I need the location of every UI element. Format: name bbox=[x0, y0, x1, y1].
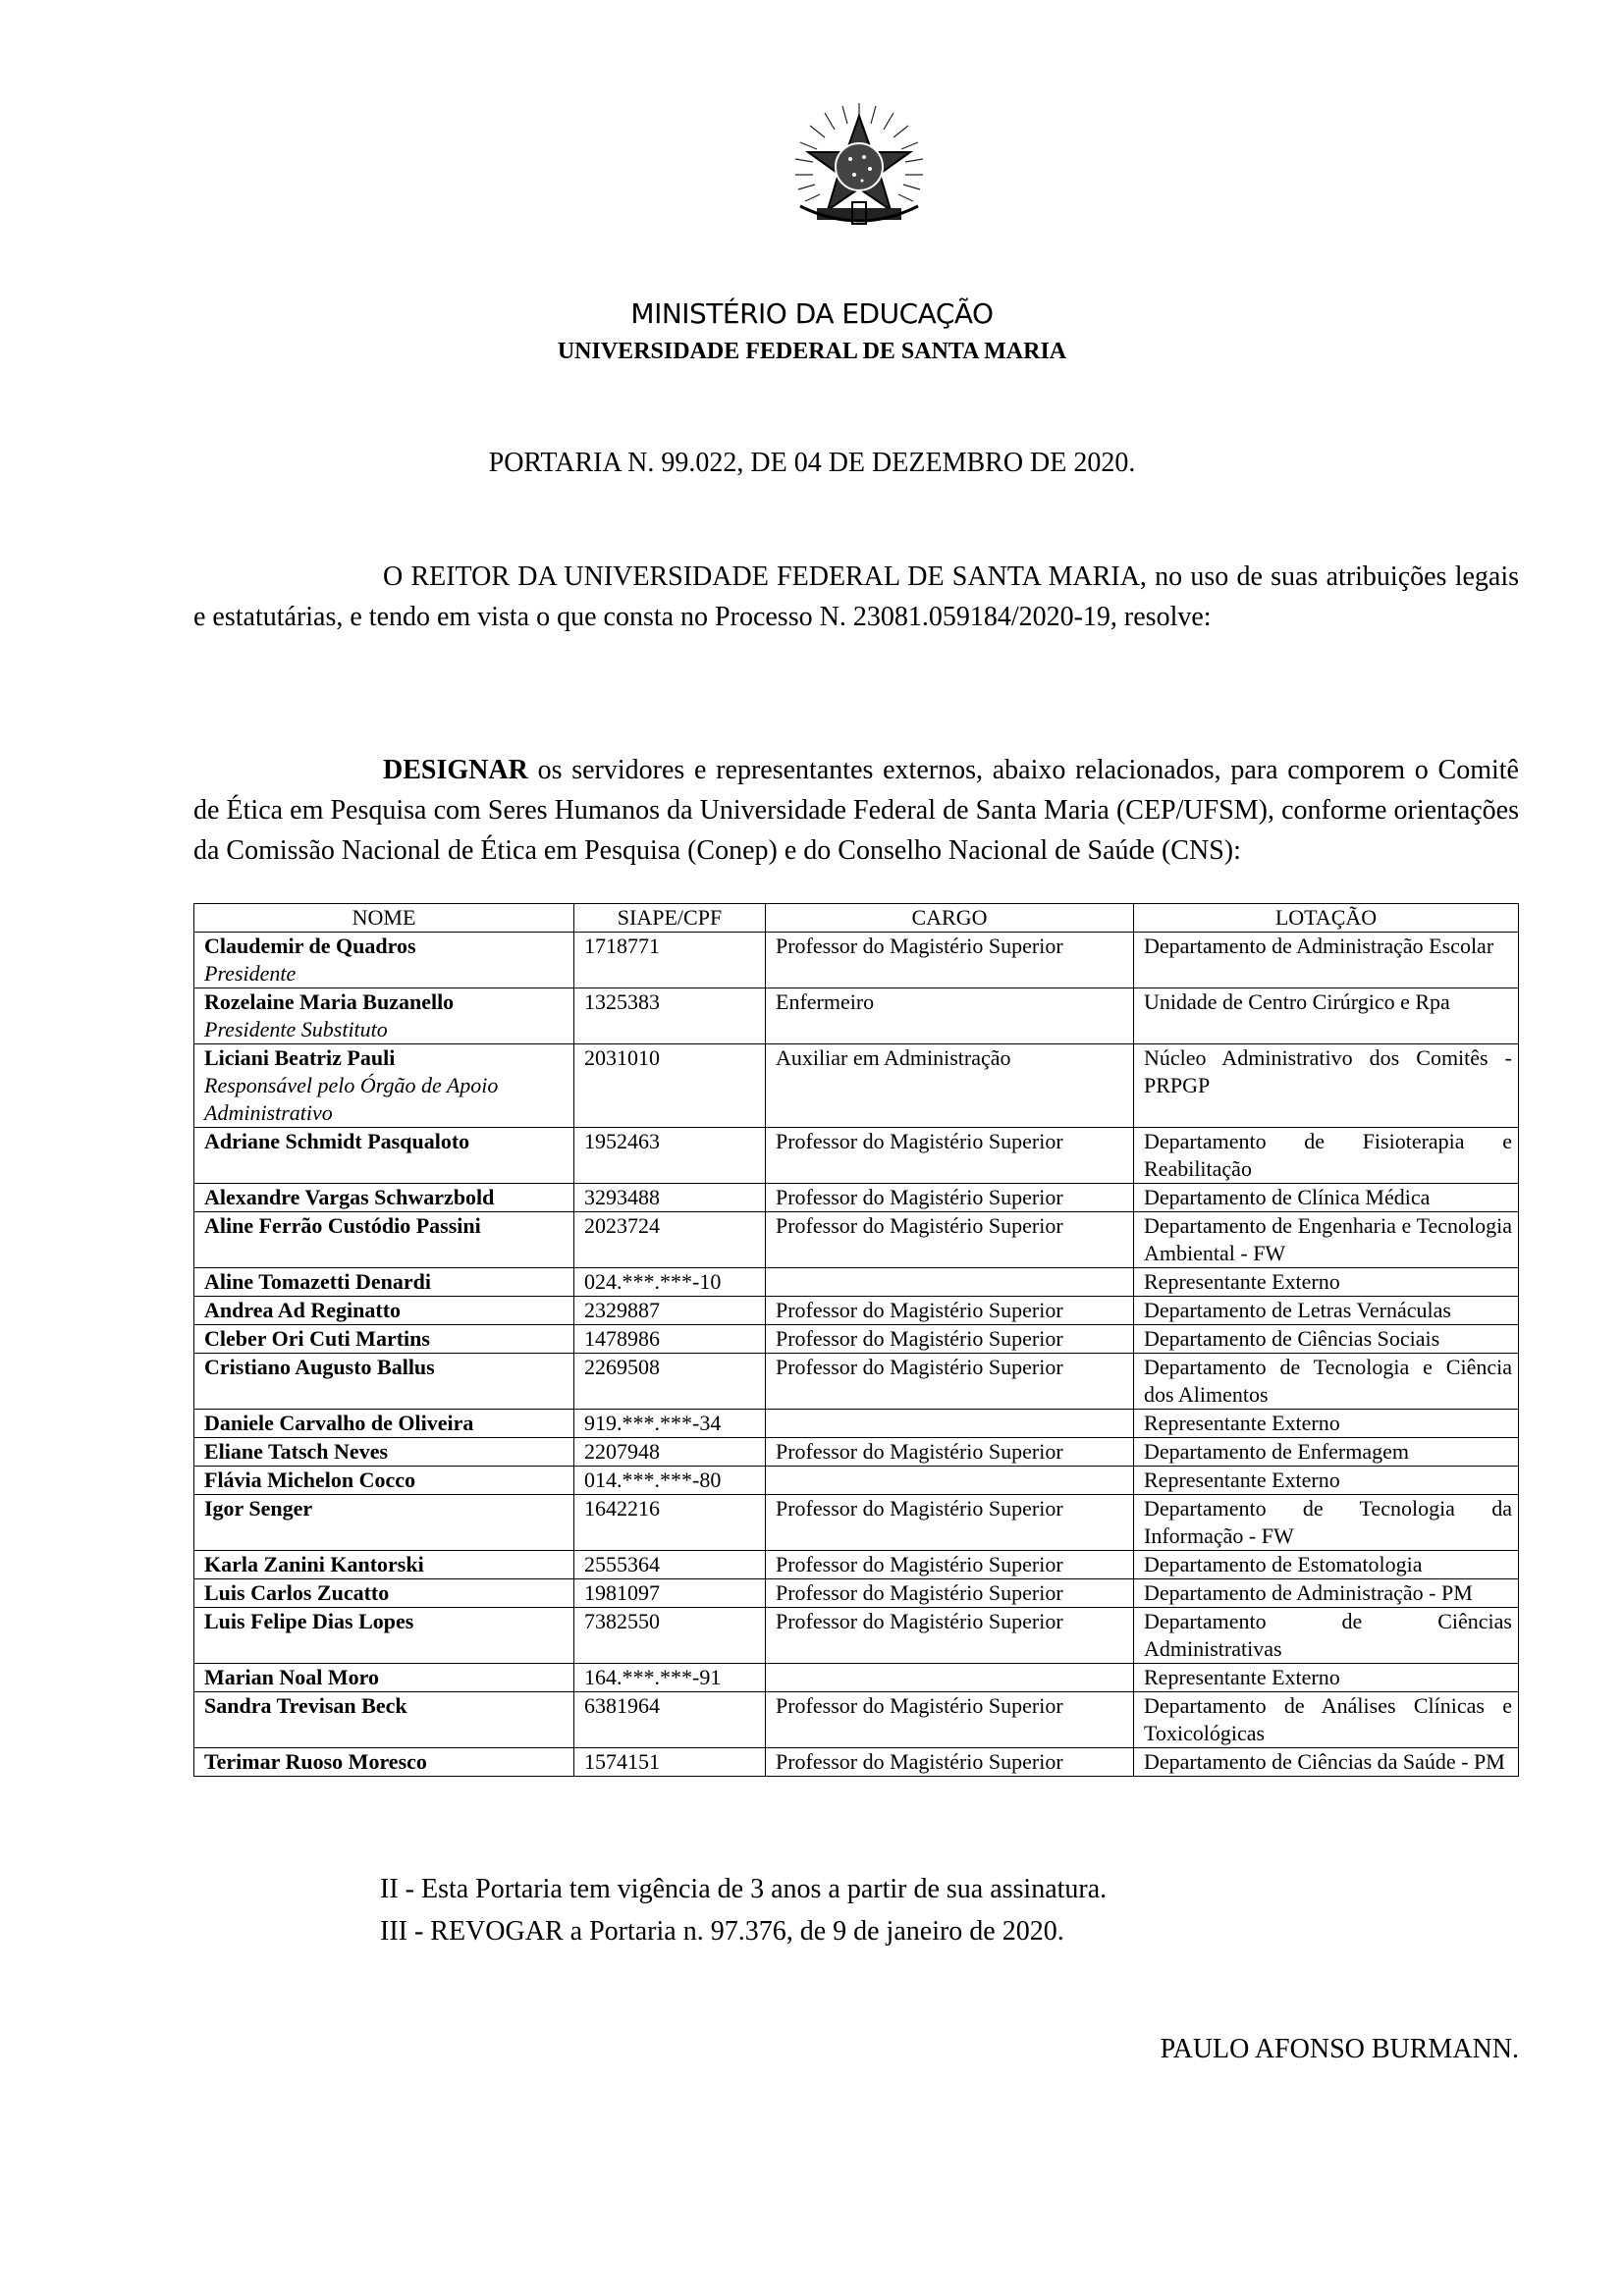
member-lotacao: Departamento de Estomatologia bbox=[1144, 1552, 1422, 1576]
member-lotacao: Departamento de Ciências da Saúde - PM bbox=[1144, 1749, 1505, 1774]
cell-nome: Alexandre Vargas Schwarzbold bbox=[194, 1184, 574, 1212]
portaria-title: PORTARIA N. 99.022, DE 04 DE DEZEMBRO DE… bbox=[0, 448, 1624, 479]
member-lotacao: Representante Externo bbox=[1144, 1269, 1340, 1294]
member-id: 1952463 bbox=[584, 1129, 660, 1153]
cell-nome: Daniele Carvalho de Oliveira bbox=[194, 1410, 574, 1438]
table-row: Adriane Schmidt Pasqualoto1952463Profess… bbox=[194, 1128, 1519, 1184]
ministry-heading: MINISTÉRIO DA EDUCAÇÃO bbox=[0, 297, 1624, 330]
member-id: 919.***.***-34 bbox=[584, 1411, 721, 1435]
cell-siape-cpf: 1642216 bbox=[574, 1495, 766, 1551]
member-cargo: Professor do Magistério Superior bbox=[776, 1580, 1063, 1605]
member-cargo: Enfermeiro bbox=[776, 989, 874, 1014]
cell-cargo bbox=[766, 1664, 1134, 1692]
member-cargo: Professor do Magistério Superior bbox=[776, 1298, 1063, 1322]
cell-siape-cpf: 7382550 bbox=[574, 1608, 766, 1664]
cell-nome: Karla Zanini Kantorski bbox=[194, 1551, 574, 1579]
cell-cargo bbox=[766, 1467, 1134, 1495]
table-row: Liciani Beatriz PauliResponsável pelo Ór… bbox=[194, 1044, 1519, 1128]
member-lotacao: Departamento de Administração Escolar bbox=[1144, 934, 1493, 958]
cell-siape-cpf: 2023724 bbox=[574, 1212, 766, 1268]
member-id: 024.***.***-10 bbox=[584, 1269, 721, 1294]
table-row: Luis Carlos Zucatto1981097Professor do M… bbox=[194, 1579, 1519, 1608]
member-cargo: Auxiliar em Administração bbox=[776, 1045, 1011, 1070]
member-name: Cristiano Augusto Ballus bbox=[204, 1354, 568, 1381]
member-name: Cleber Ori Cuti Martins bbox=[204, 1325, 568, 1353]
cell-lotacao: Representante Externo bbox=[1134, 1410, 1519, 1438]
designar-paragraph: DESIGNAR os servidores e representantes … bbox=[193, 750, 1519, 871]
closing-item-ii: II - Esta Portaria tem vigência de 3 ano… bbox=[380, 1870, 1107, 1909]
member-cargo: Professor do Magistério Superior bbox=[776, 1129, 1063, 1153]
cell-lotacao: Unidade de Centro Cirúrgico e Rpa bbox=[1134, 988, 1519, 1044]
cell-nome: Sandra Trevisan Beck bbox=[194, 1692, 574, 1748]
cell-nome: Cristiano Augusto Ballus bbox=[194, 1354, 574, 1410]
committee-members-table: NOME SIAPE/CPF CARGO LOTAÇÃO Claudemir d… bbox=[193, 903, 1519, 1777]
member-id: 2031010 bbox=[584, 1045, 660, 1070]
cell-cargo: Professor do Magistério Superior bbox=[766, 1212, 1134, 1268]
member-cargo: Professor do Magistério Superior bbox=[776, 1749, 1063, 1774]
member-lotacao: Departamento de Fisioterapia e Reabilita… bbox=[1144, 1129, 1512, 1181]
table-row: Terimar Ruoso Moresco1574151Professor do… bbox=[194, 1748, 1519, 1777]
member-id: 1642216 bbox=[584, 1496, 660, 1521]
cell-nome: Terimar Ruoso Moresco bbox=[194, 1748, 574, 1777]
member-name: Terimar Ruoso Moresco bbox=[204, 1748, 568, 1776]
cell-cargo: Professor do Magistério Superior bbox=[766, 1325, 1134, 1354]
cell-lotacao: Núcleo Administrativo dos Comitês - PRPG… bbox=[1134, 1044, 1519, 1128]
cell-nome: Flávia Michelon Cocco bbox=[194, 1467, 574, 1495]
cell-nome: Luis Carlos Zucatto bbox=[194, 1579, 574, 1608]
cell-nome: Luis Felipe Dias Lopes bbox=[194, 1608, 574, 1664]
member-cargo: Professor do Magistério Superior bbox=[776, 1326, 1063, 1351]
column-header-nome: NOME bbox=[194, 904, 574, 933]
cell-lotacao: Departamento de Fisioterapia e Reabilita… bbox=[1134, 1128, 1519, 1184]
cell-siape-cpf: 2031010 bbox=[574, 1044, 766, 1128]
table-row: Sandra Trevisan Beck6381964Professor do … bbox=[194, 1692, 1519, 1748]
table-row: Cleber Ori Cuti Martins1478986Professor … bbox=[194, 1325, 1519, 1354]
column-header-siape-cpf: SIAPE/CPF bbox=[574, 904, 766, 933]
member-id: 1574151 bbox=[584, 1749, 660, 1774]
cell-nome: Rozelaine Maria BuzanelloPresidente Subs… bbox=[194, 988, 574, 1044]
cell-siape-cpf: 6381964 bbox=[574, 1692, 766, 1748]
member-lotacao: Departamento de Tecnologia da Informação… bbox=[1144, 1496, 1512, 1548]
member-cargo: Professor do Magistério Superior bbox=[776, 1693, 1063, 1718]
cell-nome: Aline Tomazetti Denardi bbox=[194, 1268, 574, 1297]
member-name: Andrea Ad Reginatto bbox=[204, 1297, 568, 1324]
member-lotacao: Departamento de Clínica Médica bbox=[1144, 1185, 1430, 1209]
cell-cargo: Professor do Magistério Superior bbox=[766, 1692, 1134, 1748]
cell-lotacao: Departamento de Análises Clínicas e Toxi… bbox=[1134, 1692, 1519, 1748]
member-cargo: Professor do Magistério Superior bbox=[776, 1213, 1063, 1238]
member-lotacao: Departamento de Análises Clínicas e Toxi… bbox=[1144, 1693, 1512, 1745]
member-cargo: Professor do Magistério Superior bbox=[776, 1552, 1063, 1576]
university-heading: UNIVERSIDADE FEDERAL DE SANTA MARIA bbox=[0, 339, 1624, 365]
table-row: Luis Felipe Dias Lopes7382550Professor d… bbox=[194, 1608, 1519, 1664]
member-name: Daniele Carvalho de Oliveira bbox=[204, 1410, 568, 1437]
cell-cargo: Professor do Magistério Superior bbox=[766, 1297, 1134, 1325]
member-cargo: Professor do Magistério Superior bbox=[776, 1496, 1063, 1521]
cell-lotacao: Departamento de Clínica Médica bbox=[1134, 1184, 1519, 1212]
table-row: Aline Ferrão Custódio Passini2023724Prof… bbox=[194, 1212, 1519, 1268]
cell-cargo: Professor do Magistério Superior bbox=[766, 1579, 1134, 1608]
cell-cargo: Professor do Magistério Superior bbox=[766, 1128, 1134, 1184]
column-header-lotacao: LOTAÇÃO bbox=[1134, 904, 1519, 933]
cell-nome: Eliane Tatsch Neves bbox=[194, 1438, 574, 1467]
member-id: 1981097 bbox=[584, 1580, 660, 1605]
member-lotacao: Departamento de Letras Vernáculas bbox=[1144, 1298, 1451, 1322]
member-id: 2207948 bbox=[584, 1439, 660, 1464]
cell-nome: Adriane Schmidt Pasqualoto bbox=[194, 1128, 574, 1184]
closing-item-iii: III - REVOGAR a Portaria n. 97.376, de 9… bbox=[380, 1912, 1064, 1951]
cell-cargo: Professor do Magistério Superior bbox=[766, 1495, 1134, 1551]
cell-siape-cpf: 2269508 bbox=[574, 1354, 766, 1410]
cell-cargo: Professor do Magistério Superior bbox=[766, 1608, 1134, 1664]
member-name: Aline Ferrão Custódio Passini bbox=[204, 1212, 568, 1240]
member-id: 7382550 bbox=[584, 1609, 660, 1633]
member-lotacao: Departamento de Ciências Administrativas bbox=[1144, 1609, 1512, 1661]
brazil-coat-of-arms-icon bbox=[785, 98, 933, 245]
member-id: 6381964 bbox=[584, 1693, 660, 1718]
cell-lotacao: Representante Externo bbox=[1134, 1268, 1519, 1297]
cell-siape-cpf: 919.***.***-34 bbox=[574, 1410, 766, 1438]
cell-siape-cpf: 1718771 bbox=[574, 933, 766, 988]
cell-cargo: Professor do Magistério Superior bbox=[766, 1748, 1134, 1777]
member-cargo: Professor do Magistério Superior bbox=[776, 1355, 1063, 1379]
table-row: Daniele Carvalho de Oliveira919.***.***-… bbox=[194, 1410, 1519, 1438]
table-row: Flávia Michelon Cocco014.***.***-80Repre… bbox=[194, 1467, 1519, 1495]
cell-lotacao: Departamento de Letras Vernáculas bbox=[1134, 1297, 1519, 1325]
designar-keyword: DESIGNAR bbox=[383, 755, 528, 785]
table-row: Eliane Tatsch Neves2207948Professor do M… bbox=[194, 1438, 1519, 1467]
cell-nome: Andrea Ad Reginatto bbox=[194, 1297, 574, 1325]
cell-cargo: Professor do Magistério Superior bbox=[766, 933, 1134, 988]
member-cargo: Professor do Magistério Superior bbox=[776, 1439, 1063, 1464]
member-name: Luis Carlos Zucatto bbox=[204, 1579, 568, 1607]
table-row: Claudemir de QuadrosPresidente1718771Pro… bbox=[194, 933, 1519, 988]
cell-siape-cpf: 014.***.***-80 bbox=[574, 1467, 766, 1495]
cell-lotacao: Departamento de Estomatologia bbox=[1134, 1551, 1519, 1579]
cell-siape-cpf: 1325383 bbox=[574, 988, 766, 1044]
member-name: Luis Felipe Dias Lopes bbox=[204, 1608, 568, 1635]
table-row: Cristiano Augusto Ballus2269508Professor… bbox=[194, 1354, 1519, 1410]
member-id: 1478986 bbox=[584, 1326, 660, 1351]
member-lotacao: Representante Externo bbox=[1144, 1665, 1340, 1689]
member-lotacao: Departamento de Tecnologia e Ciência dos… bbox=[1144, 1355, 1512, 1407]
member-lotacao: Representante Externo bbox=[1144, 1411, 1340, 1435]
cell-siape-cpf: 2207948 bbox=[574, 1438, 766, 1467]
cell-cargo: Professor do Magistério Superior bbox=[766, 1551, 1134, 1579]
cell-cargo bbox=[766, 1268, 1134, 1297]
member-name: Alexandre Vargas Schwarzbold bbox=[204, 1184, 568, 1211]
member-id: 2555364 bbox=[584, 1552, 660, 1576]
cell-lotacao: Departamento de Engenharia e Tecnologia … bbox=[1134, 1212, 1519, 1268]
cell-lotacao: Departamento de Tecnologia e Ciência dos… bbox=[1134, 1354, 1519, 1410]
member-name: Aline Tomazetti Denardi bbox=[204, 1268, 568, 1296]
member-name: Flávia Michelon Cocco bbox=[204, 1467, 568, 1494]
member-lotacao: Departamento de Enfermagem bbox=[1144, 1439, 1409, 1464]
table-row: Karla Zanini Kantorski2555364Professor d… bbox=[194, 1551, 1519, 1579]
table-header-row: NOME SIAPE/CPF CARGO LOTAÇÃO bbox=[194, 904, 1519, 933]
table-row: Rozelaine Maria BuzanelloPresidente Subs… bbox=[194, 988, 1519, 1044]
cell-siape-cpf: 024.***.***-10 bbox=[574, 1268, 766, 1297]
member-cargo: Professor do Magistério Superior bbox=[776, 1609, 1063, 1633]
cell-lotacao: Departamento de Ciências da Saúde - PM bbox=[1134, 1748, 1519, 1777]
member-cargo: Professor do Magistério Superior bbox=[776, 934, 1063, 958]
member-id: 014.***.***-80 bbox=[584, 1468, 721, 1492]
member-name: Rozelaine Maria Buzanello bbox=[204, 988, 568, 1016]
member-id: 2329887 bbox=[584, 1298, 660, 1322]
cell-siape-cpf: 2329887 bbox=[574, 1297, 766, 1325]
cell-nome: Cleber Ori Cuti Martins bbox=[194, 1325, 574, 1354]
cell-nome: Igor Senger bbox=[194, 1495, 574, 1551]
cell-siape-cpf: 2555364 bbox=[574, 1551, 766, 1579]
table-row: Igor Senger1642216Professor do Magistéri… bbox=[194, 1495, 1519, 1551]
member-lotacao: Representante Externo bbox=[1144, 1468, 1340, 1492]
member-lotacao: Departamento de Ciências Sociais bbox=[1144, 1326, 1439, 1351]
member-lotacao: Unidade de Centro Cirúrgico e Rpa bbox=[1144, 989, 1450, 1014]
intro-paragraph: O REITOR DA UNIVERSIDADE FEDERAL DE SANT… bbox=[193, 557, 1519, 637]
cell-siape-cpf: 1981097 bbox=[574, 1579, 766, 1608]
member-name: Liciani Beatriz Pauli bbox=[204, 1044, 568, 1072]
signature-name: PAULO AFONSO BURMANN. bbox=[1161, 2034, 1519, 2065]
cell-lotacao: Representante Externo bbox=[1134, 1467, 1519, 1495]
cell-cargo bbox=[766, 1410, 1134, 1438]
cell-nome: Marian Noal Moro bbox=[194, 1664, 574, 1692]
cell-lotacao: Departamento de Ciências Administrativas bbox=[1134, 1608, 1519, 1664]
member-lotacao: Departamento de Engenharia e Tecnologia … bbox=[1144, 1213, 1512, 1265]
member-role: Presidente bbox=[204, 960, 568, 988]
cell-lotacao: Departamento de Enfermagem bbox=[1134, 1438, 1519, 1467]
cell-lotacao: Representante Externo bbox=[1134, 1664, 1519, 1692]
member-name: Adriane Schmidt Pasqualoto bbox=[204, 1128, 568, 1155]
member-role: Responsável pelo Órgão de Apoio Administ… bbox=[204, 1072, 568, 1127]
member-lotacao: Departamento de Administração - PM bbox=[1144, 1580, 1473, 1605]
cell-cargo: Professor do Magistério Superior bbox=[766, 1438, 1134, 1467]
member-id: 1718771 bbox=[584, 934, 660, 958]
table-row: Aline Tomazetti Denardi024.***.***-10Rep… bbox=[194, 1268, 1519, 1297]
cell-siape-cpf: 3293488 bbox=[574, 1184, 766, 1212]
member-name: Karla Zanini Kantorski bbox=[204, 1551, 568, 1578]
member-name: Eliane Tatsch Neves bbox=[204, 1438, 568, 1466]
member-name: Claudemir de Quadros bbox=[204, 933, 568, 960]
column-header-cargo: CARGO bbox=[766, 904, 1134, 933]
member-id: 3293488 bbox=[584, 1185, 660, 1209]
cell-siape-cpf: 1952463 bbox=[574, 1128, 766, 1184]
cell-cargo: Professor do Magistério Superior bbox=[766, 1354, 1134, 1410]
member-id: 164.***.***-91 bbox=[584, 1665, 721, 1689]
cell-nome: Liciani Beatriz PauliResponsável pelo Ór… bbox=[194, 1044, 574, 1128]
cell-lotacao: Departamento de Administração Escolar bbox=[1134, 933, 1519, 988]
member-role: Presidente Substituto bbox=[204, 1016, 568, 1043]
member-name: Sandra Trevisan Beck bbox=[204, 1692, 568, 1720]
cell-lotacao: Departamento de Ciências Sociais bbox=[1134, 1325, 1519, 1354]
cell-cargo: Professor do Magistério Superior bbox=[766, 1184, 1134, 1212]
cell-nome: Claudemir de QuadrosPresidente bbox=[194, 933, 574, 988]
member-cargo: Professor do Magistério Superior bbox=[776, 1185, 1063, 1209]
member-id: 2269508 bbox=[584, 1355, 660, 1379]
member-id: 1325383 bbox=[584, 989, 660, 1014]
table-row: Alexandre Vargas Schwarzbold3293488Profe… bbox=[194, 1184, 1519, 1212]
cell-cargo: Enfermeiro bbox=[766, 988, 1134, 1044]
table-row: Marian Noal Moro164.***.***-91Representa… bbox=[194, 1664, 1519, 1692]
cell-lotacao: Departamento de Tecnologia da Informação… bbox=[1134, 1495, 1519, 1551]
cell-siape-cpf: 164.***.***-91 bbox=[574, 1664, 766, 1692]
cell-siape-cpf: 1574151 bbox=[574, 1748, 766, 1777]
table-row: Andrea Ad Reginatto2329887Professor do M… bbox=[194, 1297, 1519, 1325]
member-lotacao: Núcleo Administrativo dos Comitês - PRPG… bbox=[1144, 1045, 1512, 1097]
member-name: Marian Noal Moro bbox=[204, 1664, 568, 1691]
cell-siape-cpf: 1478986 bbox=[574, 1325, 766, 1354]
member-name: Igor Senger bbox=[204, 1495, 568, 1522]
member-id: 2023724 bbox=[584, 1213, 660, 1238]
cell-cargo: Auxiliar em Administração bbox=[766, 1044, 1134, 1128]
cell-lotacao: Departamento de Administração - PM bbox=[1134, 1579, 1519, 1608]
cell-nome: Aline Ferrão Custódio Passini bbox=[194, 1212, 574, 1268]
